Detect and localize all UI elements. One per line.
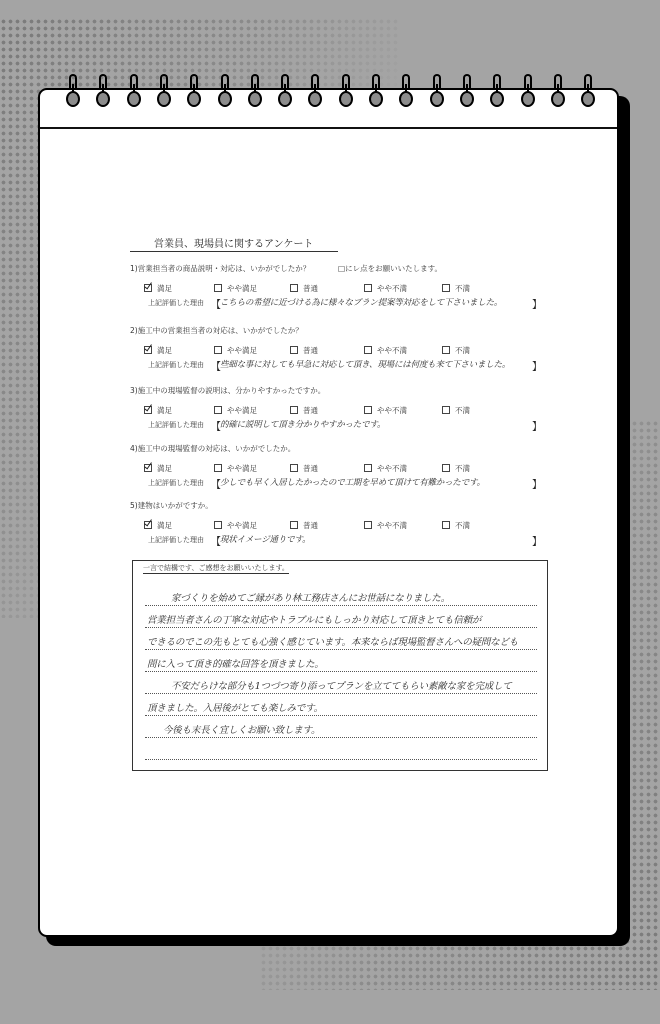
reason-field: 上記評価した理由【現状イメージ通りです。】 [148,534,538,546]
question-text: 4)施工中の現場監督の対応は、いかがでしたか。 [130,443,295,454]
rating-option[interactable]: やや満足 [214,345,257,356]
rating-option[interactable]: やや不満 [364,283,407,294]
rating-option-label: 不満 [455,284,470,293]
rating-option-label: 不満 [455,521,470,530]
rating-option[interactable]: 普通 [290,345,318,356]
question-text: 2)施工中の営業担当者の対応は、いかがでしたか？ [130,325,303,336]
handwritten-comment: 間に入って頂き的確な回答を頂きました。 [147,656,324,670]
comment-line: 今後も末長く宜しくお願い致します。 [145,719,537,738]
rating-option[interactable]: 満足 [144,405,172,416]
rating-option[interactable]: やや満足 [214,520,257,531]
rating-option-label: 普通 [303,406,318,415]
survey-title: 営業員、現場員に関するアンケート [130,235,338,252]
rating-option[interactable]: やや不満 [364,520,407,531]
handwritten-comment: 営業担当者さんの丁寧な対応やトラブルにもしっかり対応して頂きとても信頼が [147,612,481,626]
notebook-header-divider [40,127,617,129]
checkbox-icon[interactable] [290,284,298,292]
rating-option-label: やや不満 [377,346,407,355]
rating-option-label: 普通 [303,346,318,355]
handwritten-comment: 家づくりを始めてご縁があり林工務店さんにお世話になりました。 [171,590,450,604]
rating-option[interactable]: 満足 [144,463,172,474]
rating-option-label: 満足 [157,284,172,293]
comment-line: 不安だらけな部分も1つづつ寄り添ってプランを立ててもらい素敵な家を完成して [145,675,537,694]
bracket-close: 】 [532,358,542,373]
bracket-close: 】 [532,418,542,433]
rating-option-label: やや不満 [377,406,407,415]
handwritten-comment: できるのでこの先もとても心強く感じています。本来ならば現場監督さんへの疑問なども [147,634,518,648]
checkbox-icon[interactable] [364,284,372,292]
checkbox-icon[interactable] [364,521,372,529]
checkbox-icon[interactable] [214,521,222,529]
rating-option[interactable]: やや不満 [364,463,407,474]
rating-option-label: 満足 [157,521,172,530]
rating-option[interactable]: 不満 [442,463,470,474]
rating-option[interactable]: 満足 [144,520,172,531]
reason-label: 上記評価した理由 [148,360,204,370]
rating-option-label: やや満足 [227,346,257,355]
checkbox-icon[interactable] [214,406,222,414]
checkbox-icon[interactable] [442,464,450,472]
rating-options: 満足やや満足普通やや不満不満 [144,283,474,295]
bracket-close: 】 [532,476,542,491]
question-text: 3)施工中の現場監督の説明は、分かりやすかったですか。 [130,385,325,396]
checkbox-icon[interactable] [144,464,152,472]
question-text: 1)営業担当者の商品説明・対応は、いかがでしたか？ [130,263,310,274]
rating-option-label: 普通 [303,284,318,293]
rating-option[interactable]: 普通 [290,463,318,474]
checkbox-icon[interactable] [214,284,222,292]
question-text: 5)建物はいかがですか。 [130,500,213,511]
handwritten-comment: 頂きました。入居後がとても楽しみです。 [147,700,323,714]
handwritten-reason: 些細な事に対しても早急に対応して頂き、現場には何度も来て下さいました。 [220,358,510,370]
rating-option[interactable]: 満足 [144,345,172,356]
rating-options: 満足やや満足普通やや不満不満 [144,463,474,475]
handwritten-reason: 現状イメージ通りです。 [220,533,310,545]
checkbox-icon[interactable] [290,346,298,354]
rating-options: 満足やや満足普通やや不満不満 [144,345,474,357]
reason-label: 上記評価した理由 [148,535,204,545]
rating-option-label: 不満 [455,406,470,415]
reason-field: 上記評価した理由【少しでも早く入居したかったので工期を早めて頂けて有難かったです… [148,477,538,489]
reason-label: 上記評価した理由 [148,298,204,308]
checkbox-icon[interactable] [442,346,450,354]
rating-option[interactable]: やや不満 [364,405,407,416]
reason-label: 上記評価した理由 [148,478,204,488]
rating-option-label: やや不満 [377,284,407,293]
handwritten-reason: こちらの希望に近づける為に様々なプラン提案等対応をして下さいました。 [220,296,502,308]
reason-field: 上記評価した理由【些細な事に対しても早急に対応して頂き、現場には何度も来て下さい… [148,359,538,371]
checkbox-icon[interactable] [442,406,450,414]
checkbox-icon[interactable] [144,284,152,292]
rating-option[interactable]: 普通 [290,520,318,531]
rating-option[interactable]: やや満足 [214,463,257,474]
rating-options: 満足やや満足普通やや不満不満 [144,405,474,417]
checkbox-icon[interactable] [214,464,222,472]
checkbox-icon[interactable] [364,464,372,472]
checkbox-icon[interactable] [144,406,152,414]
rating-option[interactable]: 不満 [442,405,470,416]
rating-option-label: 満足 [157,406,172,415]
rating-option-label: 不満 [455,464,470,473]
rating-option[interactable]: やや満足 [214,283,257,294]
rating-option[interactable]: 満足 [144,283,172,294]
bracket-close: 】 [532,533,542,548]
rating-option-label: 普通 [303,464,318,473]
checkbox-icon[interactable] [144,521,152,529]
notebook-page [38,88,619,937]
comment-line: 家づくりを始めてご縁があり林工務店さんにお世話になりました。 [145,587,537,606]
rating-option-label: やや満足 [227,406,257,415]
comment-heading: 一言で結構です、ご感想をお願いいたします。 [143,563,289,574]
comment-line: 間に入って頂き的確な回答を頂きました。 [145,653,537,672]
reason-field: 上記評価した理由【こちらの希望に近づける為に様々なプラン提案等対応をして下さいま… [148,297,538,309]
checkbox-icon[interactable] [144,346,152,354]
rating-option-label: やや不満 [377,464,407,473]
rating-option[interactable]: やや不満 [364,345,407,356]
checkbox-icon[interactable] [290,521,298,529]
comment-line: できるのでこの先もとても心強く感じています。本来ならば現場監督さんへの疑問なども [145,631,537,650]
bracket-close: 】 [532,296,542,311]
checkbox-icon[interactable] [442,284,450,292]
rating-option-label: 不満 [455,346,470,355]
rating-option-label: やや満足 [227,521,257,530]
rating-option[interactable]: 不満 [442,345,470,356]
reason-field: 上記評価した理由【的確に説明して頂き分かりやすかったです。】 [148,419,538,431]
checkbox-icon[interactable] [214,346,222,354]
checkbox-icon[interactable] [290,464,298,472]
rating-option-label: 満足 [157,346,172,355]
rating-option-label: やや不満 [377,521,407,530]
handwritten-comment: 今後も末長く宜しくお願い致します。 [163,722,320,736]
rating-option[interactable]: 普通 [290,405,318,416]
rating-option-label: 満足 [157,464,172,473]
rating-option-label: やや満足 [227,464,257,473]
checkbox-icon[interactable] [364,346,372,354]
handwritten-reason: 的確に説明して頂き分かりやすかったです。 [220,418,385,430]
comment-box: 一言で結構です、ご感想をお願いいたします。 家づくりを始めてご縁があり林工務店さ… [132,560,548,771]
rating-option[interactable]: 不満 [442,283,470,294]
rating-options: 満足やや満足普通やや不満不満 [144,520,474,532]
checkbox-icon[interactable] [290,406,298,414]
handwritten-comment: 不安だらけな部分も1つづつ寄り添ってプランを立ててもらい素敵な家を完成して [171,678,512,692]
comment-line: 頂きました。入居後がとても楽しみです。 [145,697,537,716]
survey-instruction: □にレ点をお願いいたします。 [338,263,442,274]
rating-option-label: やや満足 [227,284,257,293]
comment-line: 営業担当者さんの丁寧な対応やトラブルにもしっかり対応して頂きとても信頼が [145,609,537,628]
reason-label: 上記評価した理由 [148,420,204,430]
handwritten-reason: 少しでも早く入居したかったので工期を早めて頂けて有難かったです。 [220,476,485,488]
rating-option-label: 普通 [303,521,318,530]
rating-option[interactable]: やや満足 [214,405,257,416]
comment-line [145,741,537,760]
checkbox-icon[interactable] [442,521,450,529]
rating-option[interactable]: 普通 [290,283,318,294]
checkbox-icon[interactable] [364,406,372,414]
rating-option[interactable]: 不満 [442,520,470,531]
